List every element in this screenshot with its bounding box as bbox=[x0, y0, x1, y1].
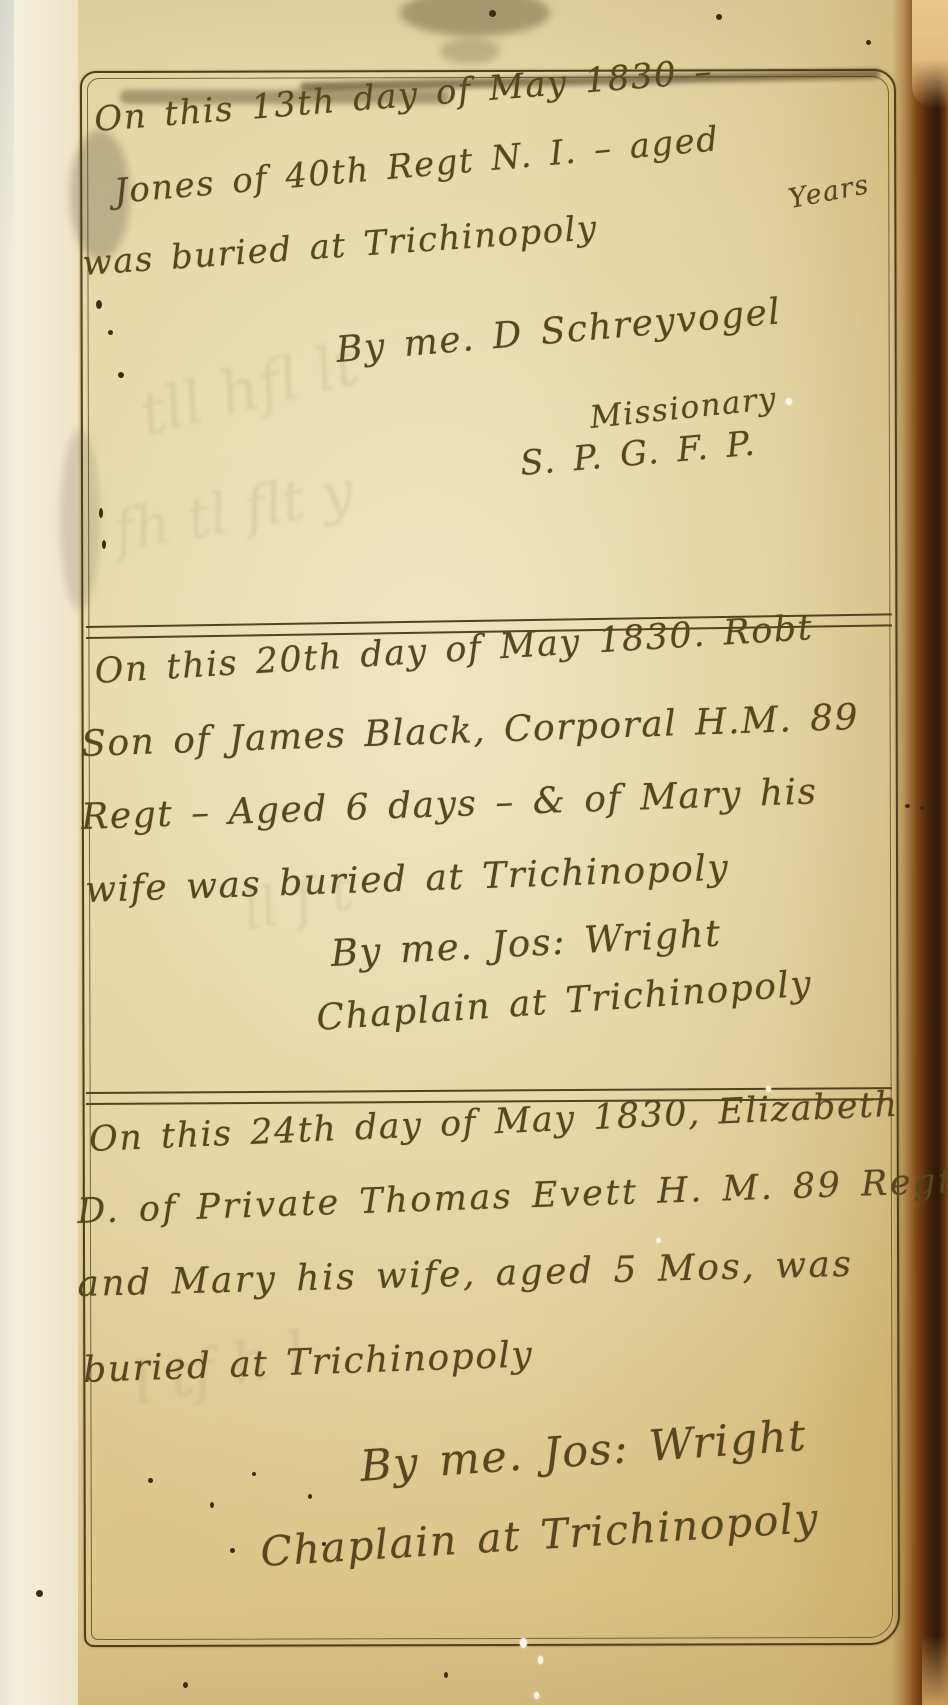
paper-fleck bbox=[520, 1638, 527, 1648]
ink-speck bbox=[183, 1682, 188, 1688]
ink-speck bbox=[99, 508, 103, 518]
next-page-sliver bbox=[912, 0, 948, 108]
register-page-scan: tll hfl lt fh tl flt y ll f t l tf h l O… bbox=[0, 0, 948, 1705]
paper-fleck bbox=[786, 398, 792, 405]
ink-smudge bbox=[70, 130, 130, 260]
ink-speck bbox=[108, 330, 113, 335]
page-edge-shadow bbox=[892, 0, 948, 1705]
ink-speck bbox=[716, 14, 722, 20]
ink-speck bbox=[36, 1590, 43, 1597]
paper-fleck bbox=[766, 1086, 771, 1092]
ink-speck bbox=[322, 1542, 326, 1546]
ink-speck bbox=[148, 1478, 153, 1483]
paper-fleck bbox=[534, 1692, 539, 1699]
ink-speck bbox=[118, 372, 124, 378]
page-binding-margin bbox=[0, 0, 78, 1705]
next-page-sliver-bottom bbox=[922, 1635, 948, 1705]
ink-smudge bbox=[440, 38, 500, 64]
ink-speck bbox=[102, 540, 106, 549]
ink-speck bbox=[920, 806, 924, 810]
ink-speck bbox=[444, 1672, 448, 1678]
paper-fleck bbox=[656, 1238, 661, 1243]
ink-speck bbox=[489, 10, 496, 17]
ink-speck bbox=[210, 1502, 214, 1508]
ink-speck bbox=[308, 1494, 312, 1499]
paper-fleck bbox=[538, 1656, 543, 1664]
ink-smudge bbox=[60, 430, 100, 610]
ink-speck bbox=[96, 300, 102, 309]
ink-speck bbox=[230, 1548, 235, 1553]
ink-speck bbox=[252, 1472, 256, 1476]
ink-speck bbox=[905, 804, 910, 808]
ink-speck bbox=[866, 40, 871, 45]
